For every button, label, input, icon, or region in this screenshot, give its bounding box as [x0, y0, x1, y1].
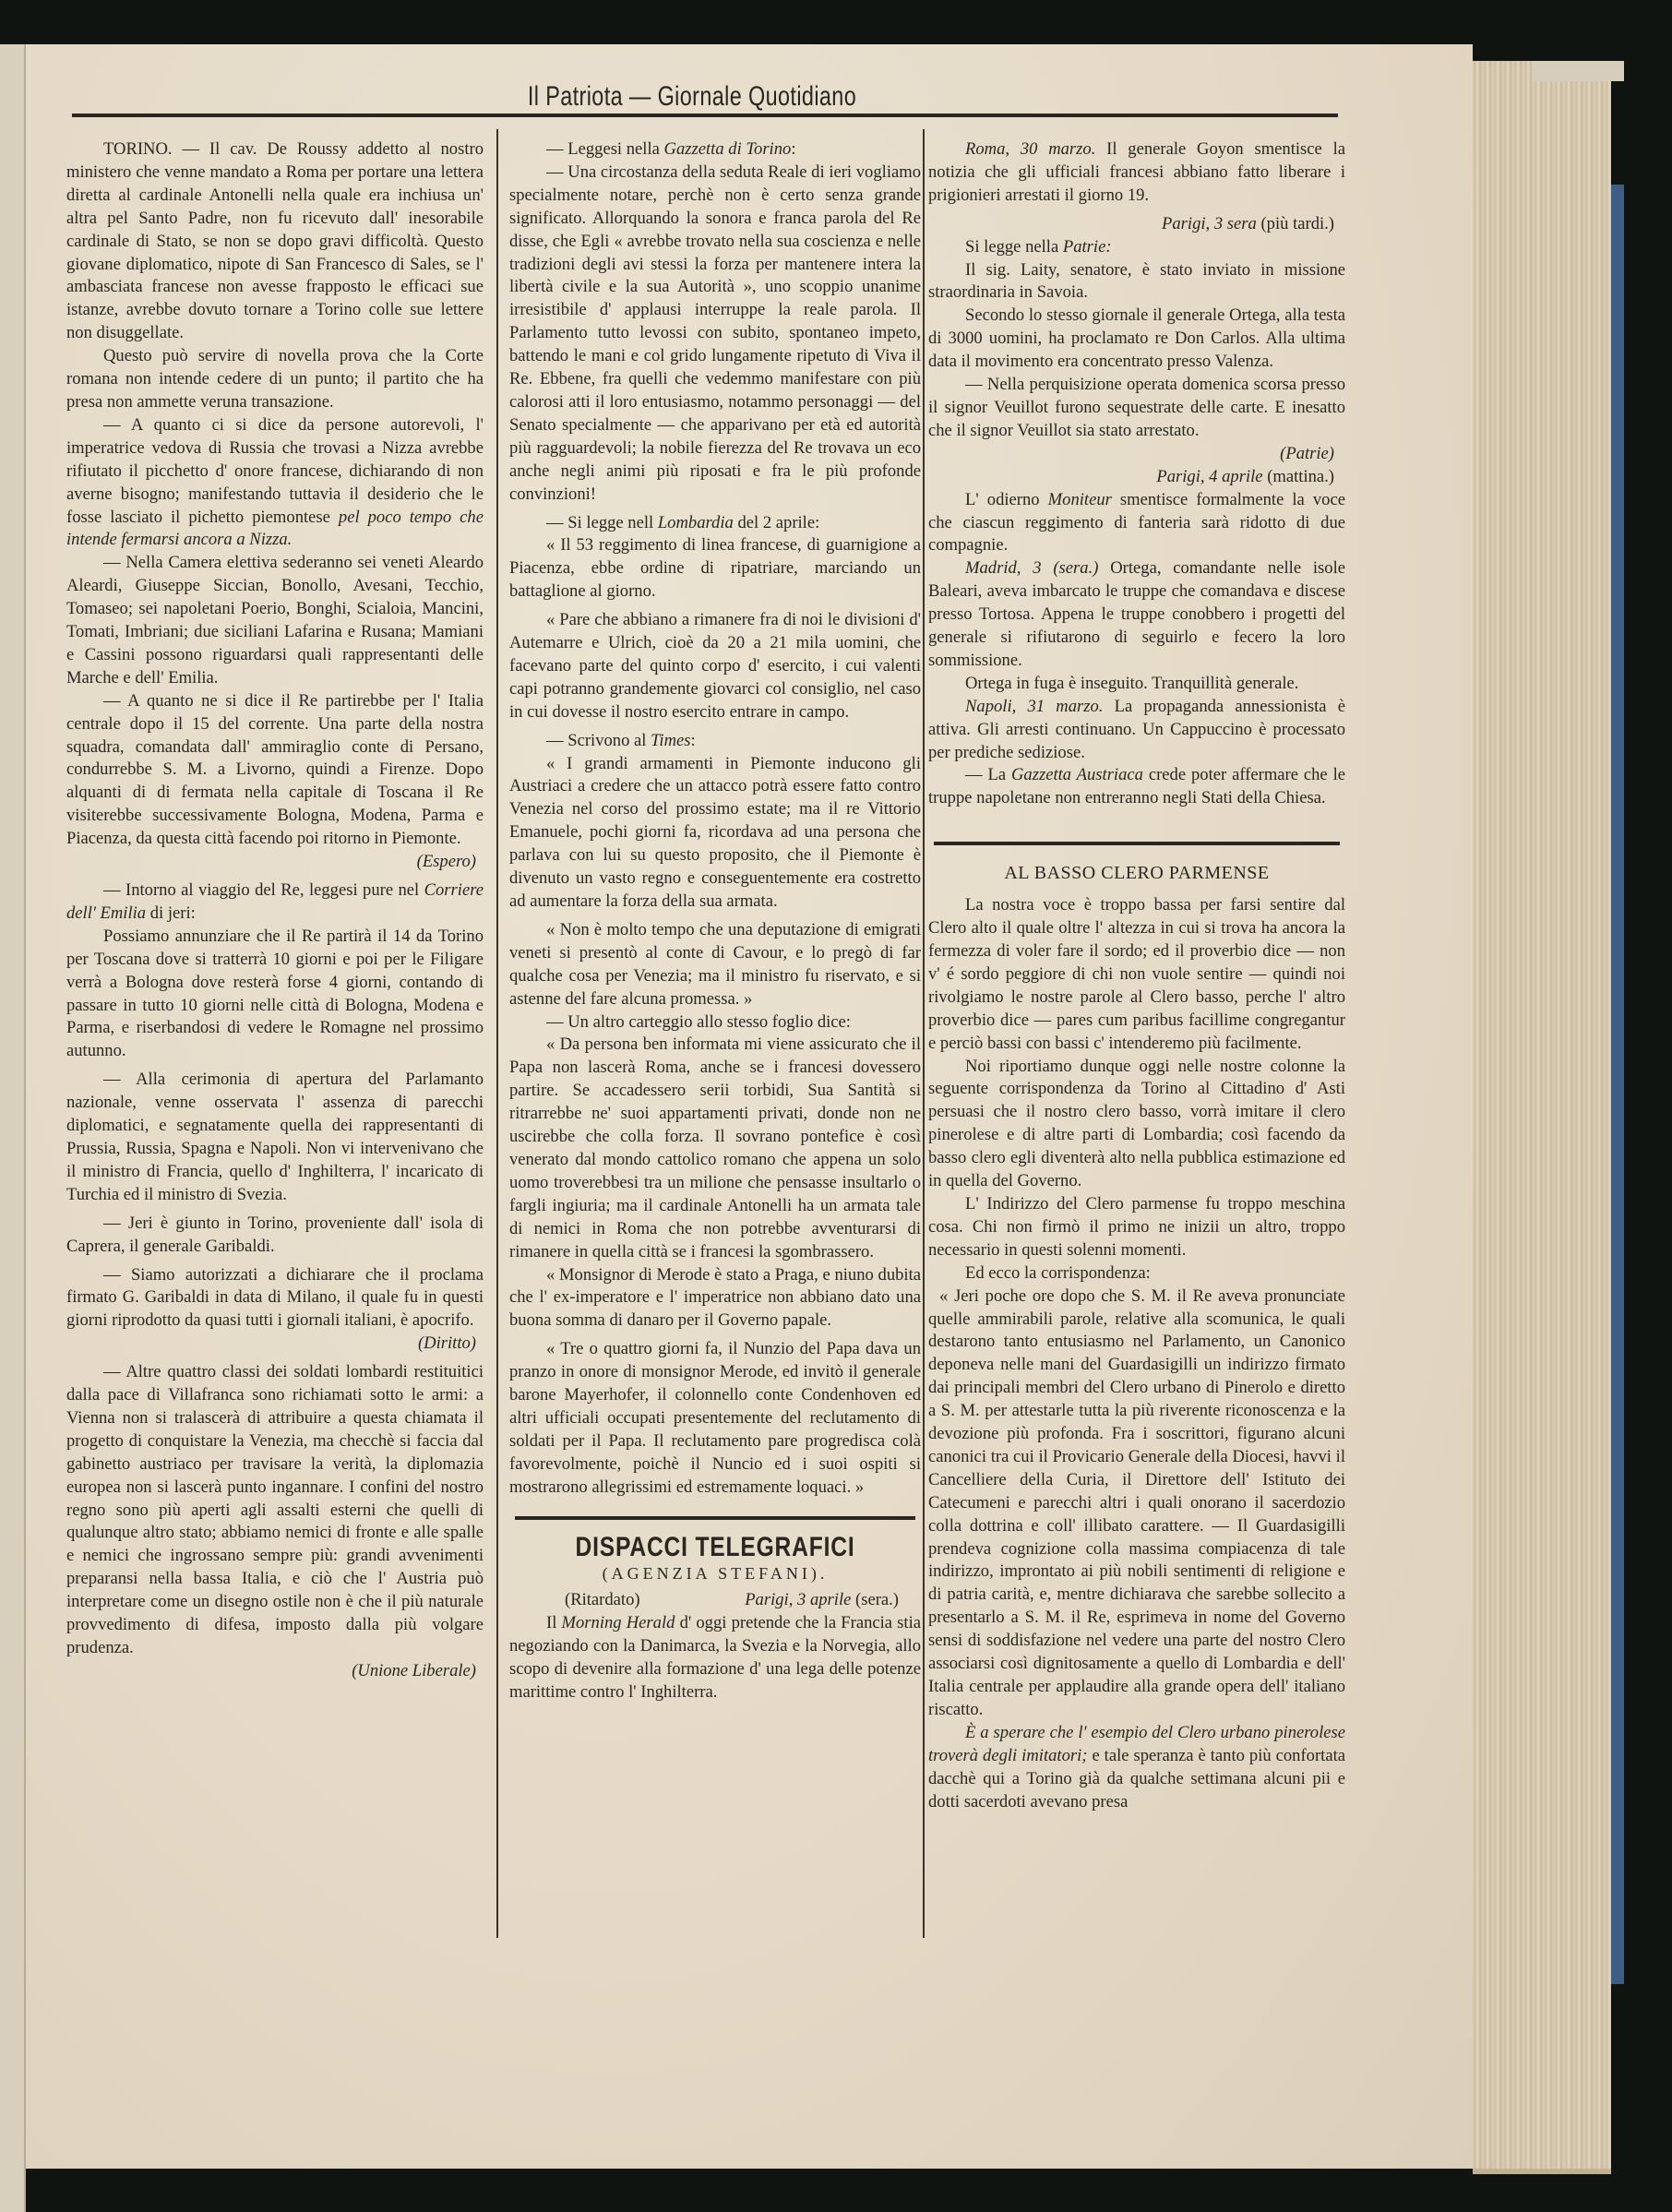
dateline: Parigi, 3 sera (più tardi.) — [928, 213, 1345, 236]
source-attribution: (Unione Liberale) — [66, 1660, 484, 1683]
column-rule-2 — [923, 129, 925, 1938]
paragraph: « Pare che abbiano a rimanere fra di noi… — [509, 609, 921, 724]
paragraph: Secondo lo stesso giornale il generale O… — [928, 305, 1345, 374]
article-heading: AL BASSO CLERO PARMENSE — [928, 862, 1345, 885]
paragraph: Noi riportiamo dunque oggi nelle nostre … — [928, 1056, 1345, 1193]
article-gazzetta: — Leggesi nella Gazzetta di Torino: — [509, 138, 921, 161]
cover-corner — [1532, 61, 1624, 81]
paragraph: « Monsignor di Merode è stato a Praga, e… — [509, 1264, 921, 1333]
source-attribution: (Patrie) — [928, 443, 1345, 466]
article-parlamento: — Alla cerimonia di apertura del Parlama… — [66, 1069, 484, 1206]
dispatch-agency: (AGENZIA STEFANI). — [509, 1562, 921, 1585]
column-rule-1 — [496, 129, 498, 1938]
paragraph: Questo può servire di novella prova che … — [66, 345, 484, 414]
dispatch-body: Il Morning Herald d' oggi pretende che l… — [509, 1612, 921, 1704]
masthead-rule — [72, 114, 1338, 117]
paragraph: Si legge nella Patrie: — [928, 236, 1345, 259]
paragraph: Ortega in fuga è inseguito. Tranquillità… — [928, 673, 1345, 696]
paragraph: « Non è molto tempo che una deputazione … — [509, 919, 921, 1011]
article-viaggio-re: — A quanto ne si dice il Re partirebbe p… — [66, 690, 484, 851]
article-camera: — Nella Camera elettiva sederanno sei ve… — [66, 552, 484, 689]
dispatch-heading: DISPACCI TELEGRAFICI — [546, 1536, 884, 1560]
paragraph: È a sperare che l' esempio del Clero urb… — [928, 1722, 1345, 1814]
paragraph: — Un altro carteggio allo stesso foglio … — [509, 1011, 921, 1034]
masthead-title: Il Patriota — Giornale Quotidiano — [196, 81, 1188, 113]
dispatch-napoli: Napoli, 31 marzo. La propaganda annessio… — [928, 696, 1345, 765]
blue-cover-edge — [1611, 185, 1624, 1984]
paragraph: La nostra voce è troppo bassa per farsi … — [928, 894, 1345, 1055]
article-times: — Scrivono al Times: — [509, 730, 921, 753]
section-divider — [515, 1516, 915, 1520]
paragraph: « Tre o quattro giorni fa, il Nunzio del… — [509, 1338, 921, 1499]
article-corriere: — Intorno al viaggio del Re, leggesi pur… — [66, 879, 484, 926]
article-imperatrice: — A quanto ci si dice da persone autorev… — [66, 414, 484, 552]
paragraph: — Una circostanza della seduta Reale di … — [509, 161, 921, 507]
paragraph: « I grandi armamenti in Piemonte inducon… — [509, 753, 921, 914]
paragraph: Possiamo annunziare che il Re partirà il… — [66, 926, 484, 1063]
paragraph: « Il 53 reggimento di linea francese, di… — [509, 534, 921, 604]
paragraph: « Da persona ben informata mi viene assi… — [509, 1034, 921, 1263]
paragraph: L' Indirizzo del Clero parmense fu tropp… — [928, 1193, 1345, 1262]
paragraph: Ed ecco la corrispondenza: — [928, 1262, 1345, 1285]
quoted-correspondence: « Jeri poche ore dopo che S. M. il Re av… — [928, 1285, 1345, 1722]
paragraph: Il sig. Laity, senatore, è stato inviato… — [928, 259, 1345, 305]
facing-page-edge — [0, 44, 26, 2212]
source-attribution: (Espero) — [66, 851, 484, 874]
section-divider — [934, 842, 1340, 845]
dispatch-dateline: (Ritardato) Parigi, 3 aprile (sera.) — [509, 1589, 921, 1612]
dispatch-madrid: Madrid, 3 (sera.) Ortega, comandante nel… — [928, 557, 1345, 673]
dispatch-roma: Roma, 30 marzo. Il generale Goyon smenti… — [928, 138, 1345, 208]
dateline: Parigi, 4 aprile (mattina.) — [928, 466, 1345, 489]
paragraph: L' odierno Moniteur smentisce formalment… — [928, 489, 1345, 558]
article-lombardia: — Si legge nell Lombardia del 2 aprile: — [509, 512, 921, 535]
column-1: TORINO. — Il cav. De Roussy addetto al n… — [66, 138, 484, 1683]
column-3: Roma, 30 marzo. Il generale Goyon smenti… — [928, 138, 1345, 1813]
article-torino: TORINO. — Il cav. De Roussy addetto al n… — [66, 138, 484, 345]
column-2: — Leggesi nella Gazzetta di Torino: — Un… — [509, 138, 921, 1704]
article-soldati: — Altre quattro classi dei soldati lomba… — [66, 1361, 484, 1660]
paragraph: — La Gazzetta Austriaca crede poter affe… — [928, 764, 1345, 810]
paragraph: — Nella perquisizione operata domenica s… — [928, 374, 1345, 443]
page-stack-edge — [1473, 61, 1611, 2174]
source-attribution: (Diritto) — [66, 1333, 484, 1356]
article-garibaldi: — Jeri è giunto in Torino, proveniente d… — [66, 1213, 484, 1259]
article-proclama: — Siamo autorizzati a dichiarare che il … — [66, 1264, 484, 1333]
